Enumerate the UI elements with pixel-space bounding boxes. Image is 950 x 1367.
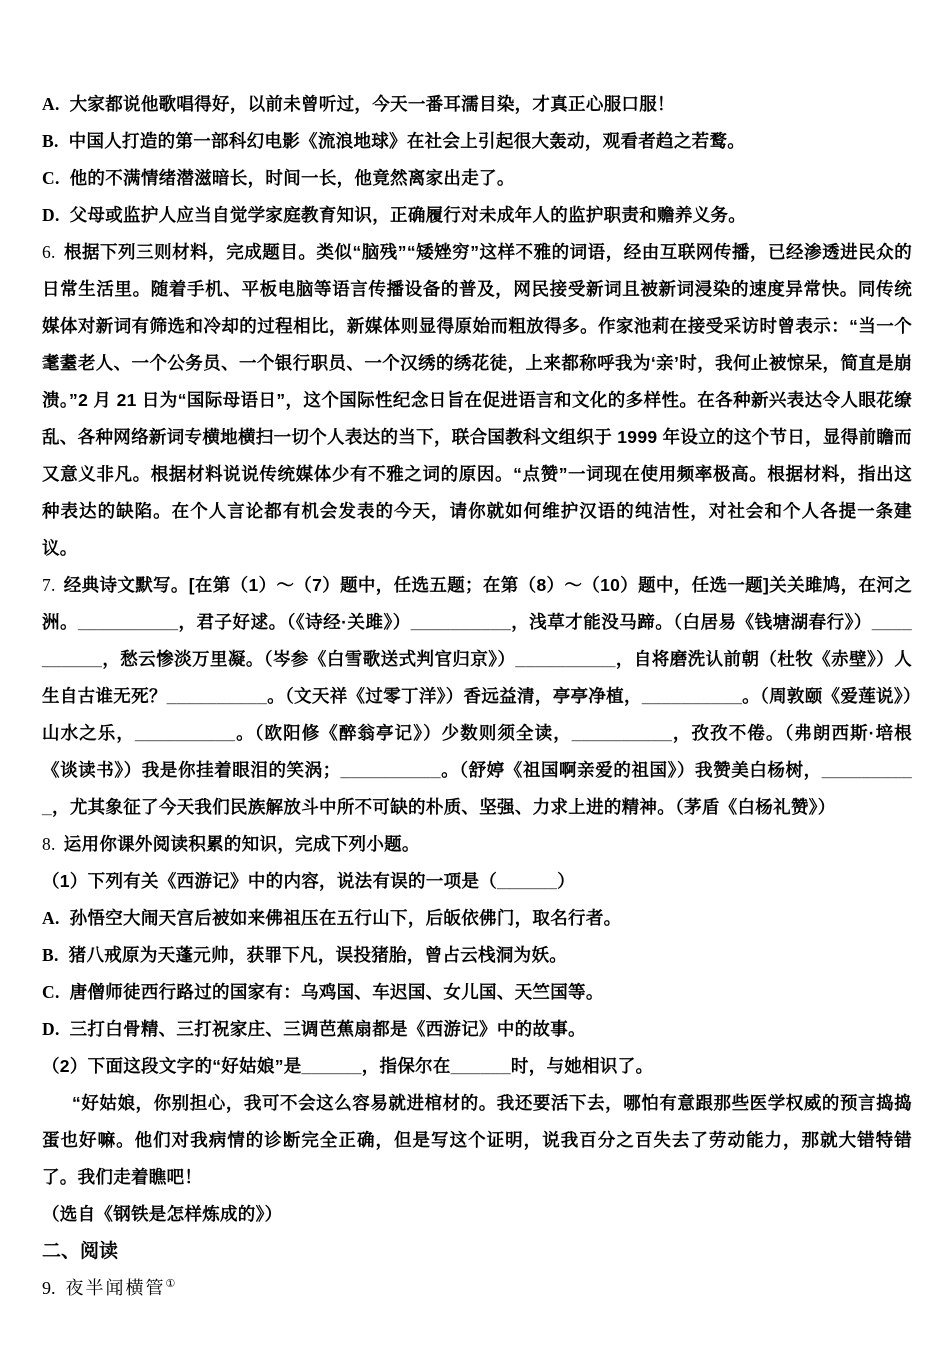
q8-option-c-text: 唐僧师徒西行路过的国家有：乌鸡国、车迟国、女儿国、天竺国等。: [70, 982, 604, 1002]
q8-quote-paragraph: “好姑娘，你别担心，我可不会这么容易就进棺材的。我还要活下去，哪怕有意跟那些医学…: [42, 1085, 912, 1196]
question-9-title: 夜半闻横管: [66, 1278, 166, 1298]
exam-page: A.大家都说他歌唱得好，以前未曾听过，今天一番耳濡目染，才真正心服口服！ B.中…: [0, 0, 950, 1367]
question-6-text: 根据下列三则材料，完成题目。类似“脑残”“矮矬穷”这样不雅的词语，经由互联网传播…: [42, 242, 912, 558]
question-9-number: 9.: [42, 1278, 56, 1298]
option-a-text: 大家都说他歌唱得好，以前未曾听过，今天一番耳濡目染，才真正心服口服！: [70, 94, 675, 114]
question-8-intro: 运用你课外阅读积累的知识，完成下列小题。: [64, 834, 420, 854]
question-7-text: 经典诗文默写。[在第（1）～（7）题中，任选五题；在第（8）～（10）题中，任选…: [42, 575, 912, 817]
q8-option-b-text: 猪八戒原为天蓬元帅，获罪下凡，误投猪胎，曾占云栈洞为妖。: [69, 945, 567, 965]
option-a: A.大家都说他歌唱得好，以前未曾听过，今天一番耳濡目染，才真正心服口服！: [42, 86, 912, 123]
option-d-text: 父母或监护人应当自觉学家庭教育知识，正确履行对未成年人的监护职责和赡养义务。: [70, 205, 746, 225]
question-8-sub2: （2）下面这段文字的“好姑娘”是______，指保尔在______时，与她相识了…: [42, 1048, 912, 1085]
question-8-sub2-label: （2）: [42, 1056, 88, 1076]
option-b-text: 中国人打造的第一部科幻电影《流浪地球》在社会上引起很大轰动，观看者趋之若鹜。: [69, 131, 745, 151]
q8-option-c: C.唐僧师徒西行路过的国家有：乌鸡国、车迟国、女儿国、天竺国等。: [42, 974, 912, 1011]
question-8-number: 8.: [42, 834, 56, 854]
option-c-label: C.: [42, 168, 60, 188]
question-8: 8.运用你课外阅读积累的知识，完成下列小题。: [42, 826, 912, 863]
section-2-heading: 二、阅读: [42, 1233, 912, 1270]
option-b-label: B.: [42, 131, 59, 151]
q8-option-d-text: 三打白骨精、三打祝家庄、三调芭蕉扇都是《西游记》中的故事。: [70, 1019, 586, 1039]
option-b: B.中国人打造的第一部科幻电影《流浪地球》在社会上引起很大轰动，观看者趋之若鹜。: [42, 123, 912, 160]
q8-option-b-label: B.: [42, 945, 59, 965]
q8-quote-source: （选自《钢铁是怎样炼成的》）: [42, 1196, 912, 1233]
q8-option-a-label: A.: [42, 908, 60, 928]
q8-option-a: A.孙悟空大闹天宫后被如来佛祖压在五行山下，后皈依佛门，取名行者。: [42, 900, 912, 937]
q8-option-b: B.猪八戒原为天蓬元帅，获罪下凡，误投猪胎，曾占云栈洞为妖。: [42, 937, 912, 974]
q8-option-d-label: D.: [42, 1019, 60, 1039]
question-6-number: 6.: [42, 242, 56, 262]
option-c: C.他的不满情绪潜滋暗长，时间一长，他竟然离家出走了。: [42, 160, 912, 197]
q8-option-c-label: C.: [42, 982, 60, 1002]
question-7: 7.经典诗文默写。[在第（1）～（7）题中，任选五题；在第（8）～（10）题中，…: [42, 567, 912, 826]
q8-option-d: D.三打白骨精、三打祝家庄、三调芭蕉扇都是《西游记》中的故事。: [42, 1011, 912, 1048]
question-8-sub1-label: （1）: [42, 871, 88, 891]
question-6: 6.根据下列三则材料，完成题目。类似“脑残”“矮矬穷”这样不雅的词语，经由互联网…: [42, 234, 912, 567]
question-9: 9.夜半闻横管①: [42, 1270, 912, 1307]
option-a-label: A.: [42, 94, 60, 114]
option-d-label: D.: [42, 205, 60, 225]
option-c-text: 他的不满情绪潜滋暗长，时间一长，他竟然离家出走了。: [70, 168, 515, 188]
q8-option-a-text: 孙悟空大闹天宫后被如来佛祖压在五行山下，后皈依佛门，取名行者。: [70, 908, 622, 928]
question-8-sub1: （1）下列有关《西游记》中的内容，说法有误的一项是（______）: [42, 863, 912, 900]
question-8-sub1-text: 下列有关《西游记》中的内容，说法有误的一项是（______）: [88, 871, 575, 891]
question-9-footnote-marker: ①: [166, 1278, 176, 1290]
question-8-sub2-text: 下面这段文字的“好姑娘”是______，指保尔在______时，与她相识了。: [88, 1056, 654, 1076]
option-d: D.父母或监护人应当自觉学家庭教育知识，正确履行对未成年人的监护职责和赡养义务。: [42, 197, 912, 234]
question-7-number: 7.: [42, 575, 56, 595]
